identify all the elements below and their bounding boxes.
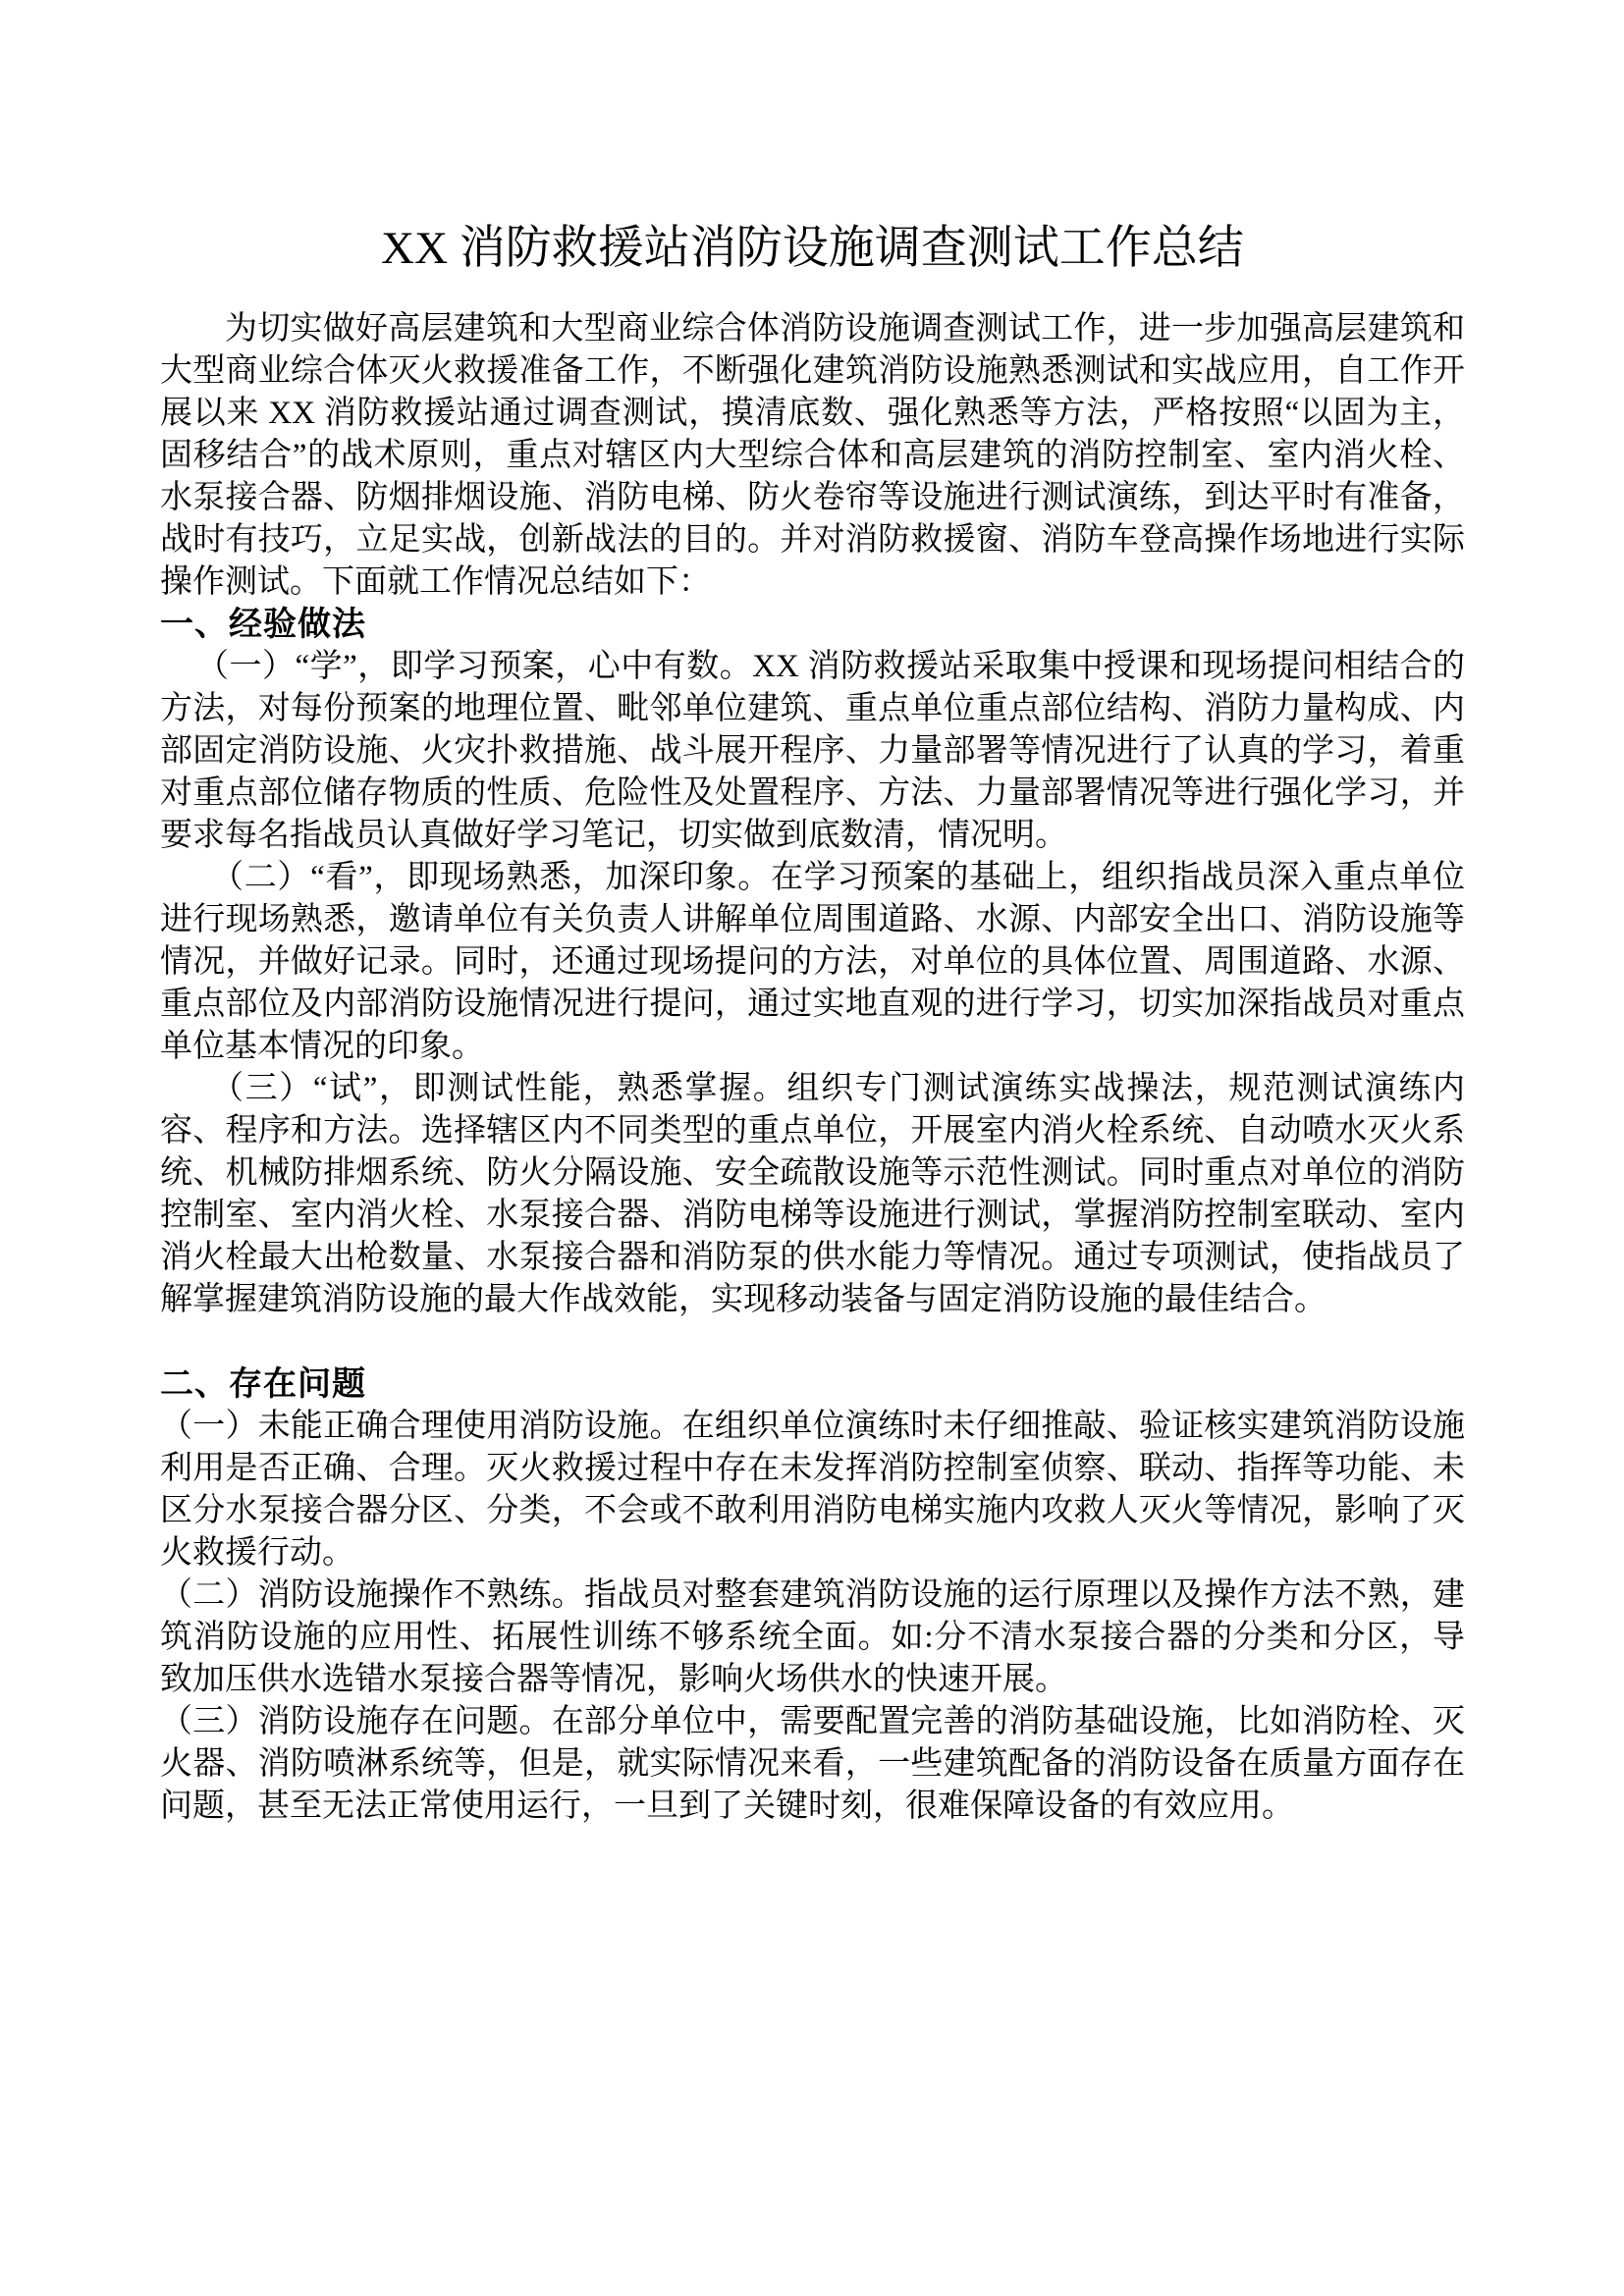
section-1-heading: 一、经验做法: [160, 604, 1465, 646]
document-page: XX 消防救援站消防设施调查测试工作总结 为切实做好高层建筑和大型商业综合体消防…: [0, 0, 1624, 2296]
intro-paragraph: 为切实做好高层建筑和大型商业综合体消防设施调查测试工作，进一步加强高层建筑和大型…: [160, 308, 1465, 604]
section-2-paragraph-3: （三）消防设施存在问题。在部分单位中，需要配置完善的消防基础设施，比如消防栓、灭…: [160, 1701, 1465, 1828]
document-title: XX 消防救援站消防设施调查测试工作总结: [160, 218, 1465, 279]
section-1-paragraph-3: （三）“试”，即测试性能，熟悉掌握。组织专门测试演练实战操法，规范测试演练内容、…: [160, 1068, 1465, 1321]
section-2-paragraph-2: （二）消防设施操作不熟练。指战员对整套建筑消防设施的运行原理以及操作方法不熟，建…: [160, 1575, 1465, 1701]
section-2-heading: 二、存在问题: [160, 1363, 1465, 1406]
section-1-paragraph-2: （二）“看”，即现场熟悉，加深印象。在学习预案的基础上，组织指战员深入重点单位进…: [160, 857, 1465, 1068]
section-1-paragraph-1: （一）“学”，即学习预案，心中有数。XX 消防救援站采取集中授课和现场提问相结合…: [160, 646, 1465, 857]
blank-line: [160, 1321, 1465, 1363]
section-2-paragraph-1: （一）未能正确合理使用消防设施。在组织单位演练时未仔细推敲、验证核实建筑消防设施…: [160, 1406, 1465, 1575]
